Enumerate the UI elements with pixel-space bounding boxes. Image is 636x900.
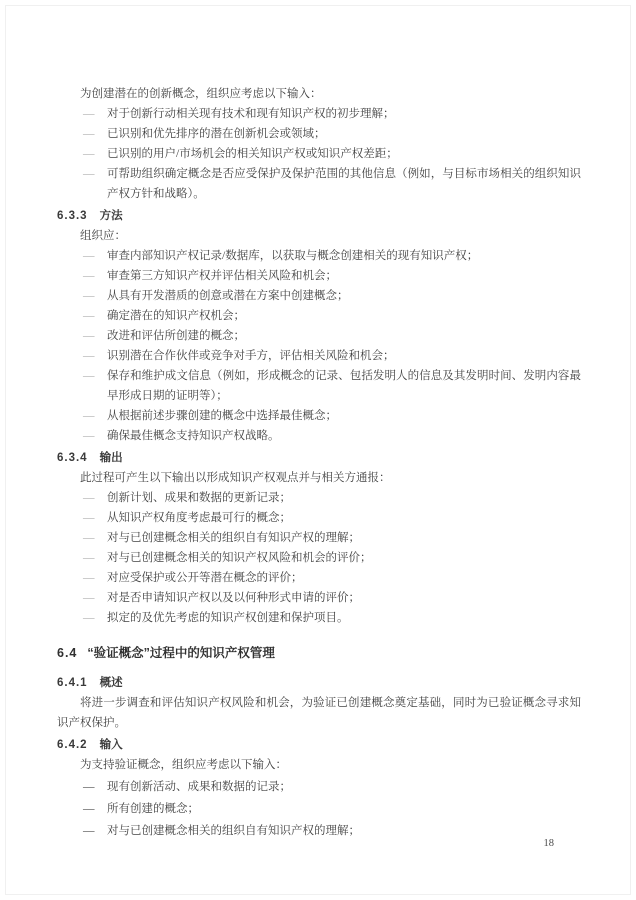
dash-list: —创新计划、成果和数据的更新记录；—从知识产权角度考虑最可行的概念；—对与已创建…	[57, 488, 581, 628]
list-item-text: 已识别的用户/市场机会的相关知识产权或知识产权差距；	[107, 148, 398, 160]
list-item-text: 对应受保护或公开等潜在概念的评价；	[107, 572, 303, 584]
clause-heading: 6.4.2输入	[57, 735, 581, 755]
document-content: 为创建潜在的创新概念，组织应考虑以下输入：—对于创新行动相关现有技术和现有知识产…	[57, 84, 581, 843]
list-item: —对于创新行动相关现有技术和现有知识产权的初步理解；	[57, 104, 581, 124]
dash-marker: —	[83, 528, 95, 548]
list-item-text: 对于创新行动相关现有技术和现有知识产权的初步理解；	[107, 108, 395, 120]
dash-marker: —	[83, 548, 95, 568]
paragraph: 为支持验证概念，组织应考虑以下输入：	[57, 755, 581, 775]
list-item-text: 现有创新活动、成果和数据的记录；	[107, 781, 291, 793]
list-item-text: 改进和评估所创建的概念；	[107, 330, 245, 342]
list-item: —确保最佳概念支持知识产权战略。	[57, 426, 581, 446]
list-item: —对是否申请知识产权以及以何种形式申请的评价；	[57, 588, 581, 608]
list-item: —对应受保护或公开等潜在概念的评价；	[57, 568, 581, 588]
heading-number: 6.4.2	[57, 739, 88, 751]
dash-marker: —	[83, 568, 95, 588]
dash-marker: —	[83, 406, 95, 426]
list-item-text: 已识别和优先排序的潜在创新机会或领域；	[107, 128, 326, 140]
page-number: 18	[544, 838, 555, 849]
list-item: —确定潜在的知识产权机会；	[57, 306, 581, 326]
list-item-text: 从具有开发潜质的创意或潜在方案中创建概念；	[107, 290, 349, 302]
list-item-text: 对与已创建概念相关的组织自有知识产权的理解；	[107, 532, 360, 544]
list-item-text: 确定潜在的知识产权机会；	[107, 310, 245, 322]
dash-list: —现有创新活动、成果和数据的记录；—所有创建的概念；—对与已创建概念相关的组织自…	[57, 777, 581, 841]
heading-number: 6.4	[57, 646, 77, 660]
list-item-text: 审查第三方知识产权并评估相关风险和机会；	[107, 270, 337, 282]
dash-list: —审查内部知识产权记录/数据库，以获取与概念创建相关的现有知识产权；—审查第三方…	[57, 246, 581, 446]
list-item-text: 确保最佳概念支持知识产权战略。	[107, 430, 280, 442]
list-item: —从根据前述步骤创建的概念中选择最佳概念；	[57, 406, 581, 426]
list-item: —已识别的用户/市场机会的相关知识产权或知识产权差距；	[57, 144, 581, 164]
dash-marker: —	[83, 366, 95, 386]
section-heading: 6.4“验证概念”过程中的知识产权管理	[57, 643, 581, 663]
dash-marker: —	[83, 488, 95, 508]
dash-marker: —	[83, 124, 95, 144]
list-item: —对与已创建概念相关的组织自有知识产权的理解；	[57, 528, 581, 548]
paragraph: 组织应：	[57, 226, 581, 246]
dash-marker: —	[83, 326, 95, 346]
paragraph: 将进一步调查和评估知识产权风险和机会，为验证已创建概念奠定基础，同时为已验证概念…	[57, 693, 581, 733]
heading-title: 概述	[100, 677, 123, 689]
clause-heading: 6.3.3方法	[57, 206, 581, 226]
dash-marker: —	[83, 286, 95, 306]
heading-title: 方法	[100, 210, 123, 222]
list-item: —从具有开发潜质的创意或潜在方案中创建概念；	[57, 286, 581, 306]
list-item-text: 创新计划、成果和数据的更新记录；	[107, 492, 291, 504]
dash-marker: —	[83, 777, 95, 797]
list-item: —识别潜在合作伙伴或竞争对手方，评估相关风险和机会；	[57, 346, 581, 366]
list-item: —可帮助组织确定概念是否应受保护及保护范围的其他信息（例如，与目标市场相关的组织…	[57, 164, 581, 204]
list-item: —所有创建的概念；	[57, 799, 581, 819]
dash-marker: —	[83, 266, 95, 286]
dash-marker: —	[83, 508, 95, 528]
list-item-text: 可帮助组织确定概念是否应受保护及保护范围的其他信息（例如，与目标市场相关的组织知…	[107, 168, 581, 200]
list-item: —对与已创建概念相关的知识产权风险和机会的评价；	[57, 548, 581, 568]
dash-list: —对于创新行动相关现有技术和现有知识产权的初步理解；—已识别和优先排序的潜在创新…	[57, 104, 581, 204]
list-item-text: 对是否申请知识产权以及以何种形式申请的评价；	[107, 592, 360, 604]
clause-heading: 6.3.4输出	[57, 448, 581, 468]
list-item: —对与已创建概念相关的组织自有知识产权的理解；	[57, 821, 581, 841]
list-item: —保存和维护成文信息（例如，形成概念的记录、包括发明人的信息及其发明时间、发明内…	[57, 366, 581, 406]
paragraph: 为创建潜在的创新概念，组织应考虑以下输入：	[57, 84, 581, 104]
list-item: —已识别和优先排序的潜在创新机会或领域；	[57, 124, 581, 144]
heading-number: 6.3.4	[57, 452, 88, 464]
dash-marker: —	[83, 246, 95, 266]
list-item-text: 保存和维护成文信息（例如，形成概念的记录、包括发明人的信息及其发明时间、发明内容…	[107, 370, 581, 402]
list-item-text: 审查内部知识产权记录/数据库，以获取与概念创建相关的现有知识产权；	[107, 250, 478, 262]
dash-marker: —	[83, 799, 95, 819]
list-item-text: 对与已创建概念相关的组织自有知识产权的理解；	[107, 825, 360, 837]
list-item-text: 拟定的及优先考虑的知识产权创建和保护项目。	[107, 612, 349, 624]
dash-marker: —	[83, 144, 95, 164]
list-item: —审查内部知识产权记录/数据库，以获取与概念创建相关的现有知识产权；	[57, 246, 581, 266]
paragraph: 此过程可产生以下输出以形成知识产权观点并与相关方通报：	[57, 468, 581, 488]
dash-marker: —	[83, 306, 95, 326]
dash-marker: —	[83, 588, 95, 608]
list-item: —改进和评估所创建的概念；	[57, 326, 581, 346]
clause-heading: 6.4.1概述	[57, 673, 581, 693]
heading-number: 6.3.3	[57, 210, 88, 222]
list-item: —审查第三方知识产权并评估相关风险和机会；	[57, 266, 581, 286]
heading-title: 输出	[100, 452, 123, 464]
dash-marker: —	[83, 346, 95, 366]
dash-marker: —	[83, 608, 95, 628]
list-item-text: 对与已创建概念相关的知识产权风险和机会的评价；	[107, 552, 372, 564]
dash-marker: —	[83, 426, 95, 446]
list-item-text: 从根据前述步骤创建的概念中选择最佳概念；	[107, 410, 337, 422]
list-item-text: 所有创建的概念；	[107, 803, 199, 815]
dash-marker: —	[83, 104, 95, 124]
heading-title: “验证概念”过程中的知识产权管理	[87, 646, 275, 660]
heading-number: 6.4.1	[57, 677, 88, 689]
dash-marker: —	[83, 164, 95, 184]
dash-marker: —	[83, 821, 95, 841]
heading-title: 输入	[100, 739, 123, 751]
list-item: —拟定的及优先考虑的知识产权创建和保护项目。	[57, 608, 581, 628]
list-item: —创新计划、成果和数据的更新记录；	[57, 488, 581, 508]
list-item-text: 从知识产权角度考虑最可行的概念；	[107, 512, 291, 524]
list-item: —从知识产权角度考虑最可行的概念；	[57, 508, 581, 528]
list-item: —现有创新活动、成果和数据的记录；	[57, 777, 581, 797]
list-item-text: 识别潜在合作伙伴或竞争对手方，评估相关风险和机会；	[107, 350, 395, 362]
